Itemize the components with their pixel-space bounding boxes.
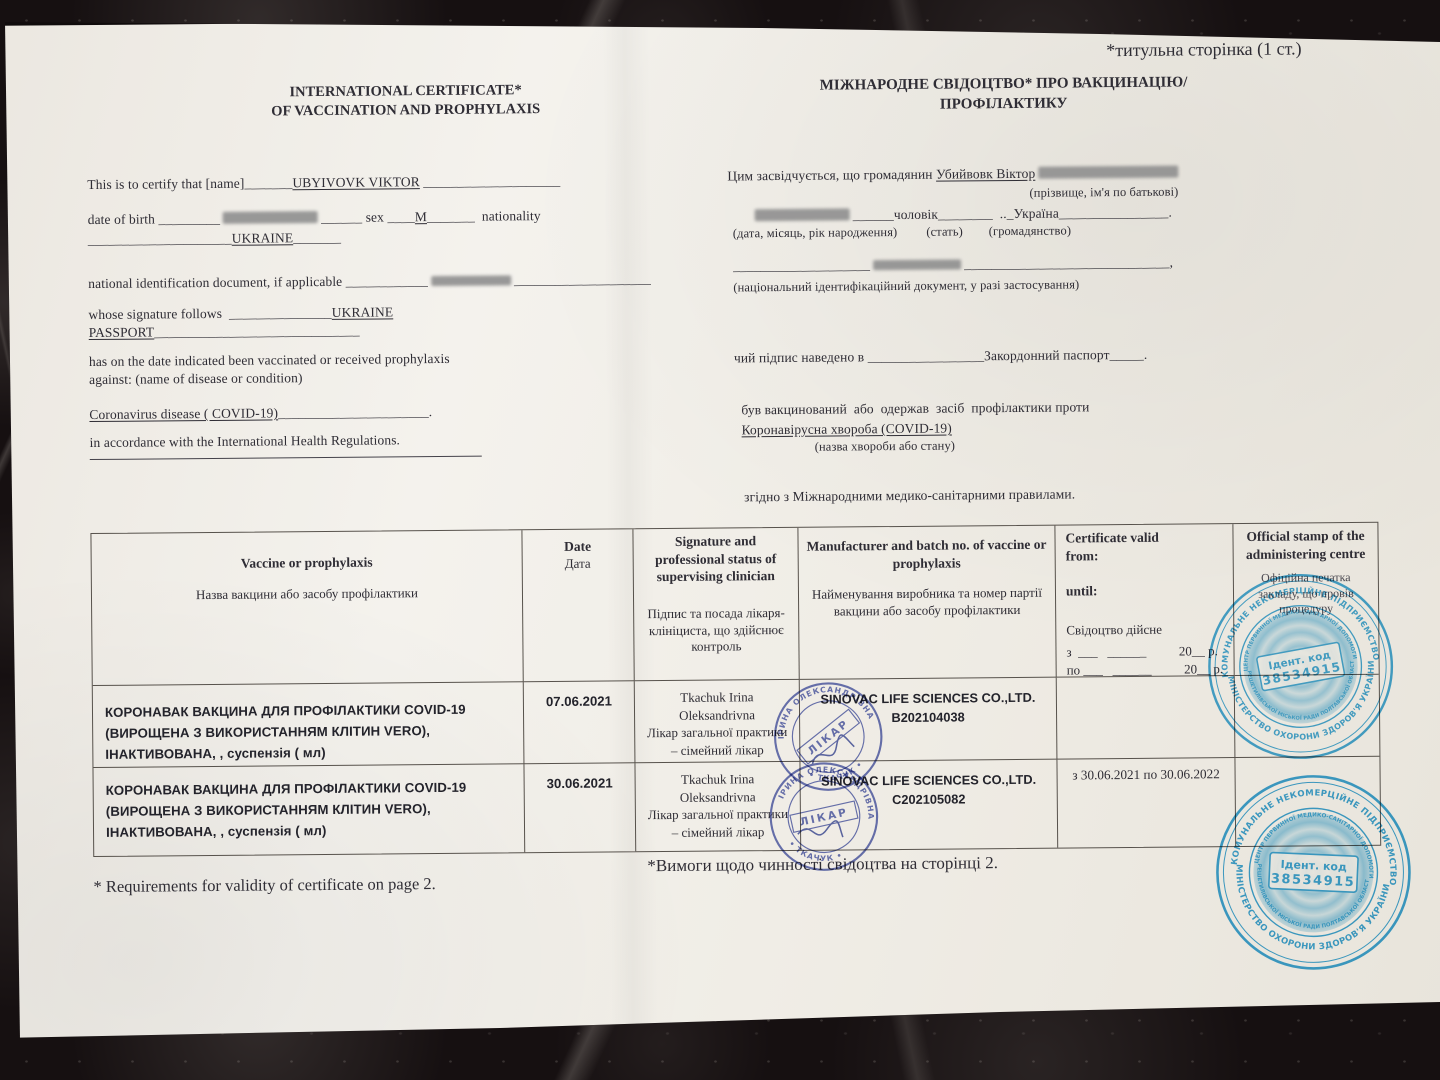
header-signature-uk: Підпис та посада лікаря-клініциста, що з… xyxy=(640,605,792,657)
header-stamp-uk-obscured: Офіційна печатка закладу, що провів проц… xyxy=(1240,570,1372,618)
nationality-leading-line: _____________________ xyxy=(88,231,232,247)
passport-trailing-line: ______________________________ xyxy=(154,323,360,340)
vaccinated-statement-en-2: against: (name of disease or condition) xyxy=(89,370,303,388)
page-title-note: *титульна сторінка (1 ст.) xyxy=(1106,38,1302,61)
nationality-trailing-line: _______ xyxy=(293,230,341,245)
certify-name-line-uk: Цим засвідчується, що громадянин Убийвов… xyxy=(727,165,1181,185)
signature-label-uk: чий підпис наведено в _________________ xyxy=(734,348,984,365)
row1-manufacturer: SINOVAC LIFE SCIENCES CO.,LTD. B20210403… xyxy=(800,678,1058,762)
sex-label: ______ sex ____ xyxy=(321,209,415,225)
row1-clinician-role2: – сімейний лікар xyxy=(641,741,793,760)
name-redaction-box-uk xyxy=(1038,166,1178,179)
passport-value: PASSPORT xyxy=(89,324,155,340)
dob-sex-caption-uk: (дата, місяць, рік народження) (стать) (… xyxy=(733,223,1071,241)
national-id-label: national identification document, if app… xyxy=(88,273,428,291)
national-id-leading-line-uk: ____________________ xyxy=(733,257,870,273)
dob-redaction-box xyxy=(223,211,318,224)
title-english: INTERNATIONAL CERTIFICATE* OF VACCINATIO… xyxy=(271,81,541,121)
row2-date: 30.06.2021 xyxy=(524,763,636,852)
sex-citizenship-values-uk: ______чоловік________ .._Україна________… xyxy=(853,205,1172,223)
footnote-ukrainian: *Вимоги щодо чинності свідоцтва на сторі… xyxy=(647,853,998,876)
header-valid-en3: until: xyxy=(1066,581,1227,600)
regulations-line-uk: згідно з Міжнародними медико-санітарними… xyxy=(744,486,1075,505)
nationality-label: _______ nationality xyxy=(427,208,541,224)
row1-stamp-cell xyxy=(1235,675,1380,758)
national-id-redaction-box-uk xyxy=(873,259,961,270)
regulations-line-en: in accordance with the International Hea… xyxy=(90,432,401,451)
name-caption-uk: (прізвище, ім'я по батькові) xyxy=(1029,185,1178,201)
header-valid-en1: Certificate valid xyxy=(1065,528,1226,547)
header-validity: Certificate valid from: until: Свідоцтво… xyxy=(1055,524,1234,678)
certify-trailing-line: ____________________ xyxy=(420,173,561,189)
title-english-line1: INTERNATIONAL CERTIFICATE* xyxy=(271,81,541,102)
row1-clinician: Tkachuk Irina Oleksandrivna Лікар загаль… xyxy=(635,680,801,763)
national-id-caption-uk: (національний ідентифікаційний документ,… xyxy=(733,277,1079,295)
holder-name-uk: Убийвовк Віктор xyxy=(936,166,1035,182)
header-valid-uk: Свідоцтво дійсне xyxy=(1066,621,1227,638)
vaccinated-statement-uk: був вакцинований або одержав засіб профі… xyxy=(741,399,1089,418)
dob-redaction-box-uk xyxy=(755,208,850,221)
certify-name-line-en: This is to certify that [name]_______UBY… xyxy=(87,173,560,193)
title-ukrainian: МІЖНАРОДНЕ СВІДОЦТВО* ПРО ВАКЦИНАЦІЮ/ПРО… xyxy=(768,73,1238,116)
disease-line-en: Coronavirus disease ( COVID-19)_________… xyxy=(89,404,432,423)
sex-value: M xyxy=(415,209,427,224)
header-date-en: Date xyxy=(528,537,626,555)
national-id-redaction-box xyxy=(431,275,511,286)
footnote-english: * Requirements for validity of certifica… xyxy=(93,874,435,897)
header-valid-from-blank: з ___ ______ 20__ р. xyxy=(1066,643,1227,660)
row1-clinician-role1: Лікар загальної практики xyxy=(641,723,793,742)
header-stamp-en: Official stamp of the administering cent… xyxy=(1239,527,1371,563)
row2-clinician-name1: Tkachuk Irina xyxy=(642,770,794,789)
header-manufacturer-en: Manufacturer and batch no. of vaccine or… xyxy=(804,536,1048,573)
disease-caption-uk: (назва хвороби або стану) xyxy=(815,438,955,454)
holder-name-en: UBYIVOVK VIKTOR xyxy=(292,174,420,190)
header-official-stamp: Official stamp of the administering cent… xyxy=(1233,523,1378,676)
certify-prefix-uk: Цим засвідчується, що громадянин xyxy=(727,167,936,184)
row1-validity xyxy=(1057,676,1236,760)
header-vaccine-en: Vaccine or prophylaxis xyxy=(98,552,516,573)
dob-sex-line-uk: ______чоловік________ .._Україна________… xyxy=(752,205,1172,225)
stamp2-ring-outer-bottom: МІНІСТЕРСТВО ОХОРОНИ ЗДОРОВ'Я УКРАЇНИ xyxy=(1224,863,1393,962)
header-manufacturer-uk: Найменування виробника та номер партії в… xyxy=(805,585,1049,621)
disease-name-en: Coronavirus disease ( COVID-19) xyxy=(89,405,278,422)
signature-country-value: UKRAINE xyxy=(332,304,394,320)
stamp2-ident-label: Ідент. код xyxy=(1280,858,1347,874)
national-id-trailing-line-uk: ______________________________, xyxy=(964,255,1173,272)
disease-name-uk: Коронавірусна хвороба (COVID-19) xyxy=(741,421,951,438)
vaccination-table: Vaccine or prophylaxis Назва вакцини або… xyxy=(90,522,1381,857)
header-manufacturer: Manufacturer and batch no. of vaccine or… xyxy=(798,526,1056,680)
header-signature: Signature and professional status of sup… xyxy=(633,528,799,681)
disease-trailing-line: ______________________. xyxy=(278,404,432,420)
row2-vaccine-name: КОРОНАВАК ВАКЦИНА ДЛЯ ПРОФІЛАКТИКИ COVID… xyxy=(93,764,525,856)
row2-batch-number: C202105082 xyxy=(807,789,1051,810)
row2-stamp-cell xyxy=(1235,757,1380,846)
row1-date: 07.06.2021 xyxy=(524,681,636,764)
row1-vaccine-name: КОРОНАВАК ВАКЦИНА ДЛЯ ПРОФІЛАКТИКИ COVID… xyxy=(93,682,525,768)
dob-sex-line-en: date of birth _______________ sex ____M_… xyxy=(88,208,541,228)
row2-manufacturer-name: SINOVAC LIFE SCIENCES CO.,LTD. xyxy=(807,770,1051,791)
row2-manufacturer: SINOVAC LIFE SCIENCES CO.,LTD. C20210508… xyxy=(800,760,1058,850)
stamp2-ring-inner-bottom: РЕШЕТИЛІВСЬКОЇ МІСЬКОЇ РАДИ ПОЛТАВСЬКОЇ … xyxy=(1248,861,1371,938)
photo-of-vaccination-certificate: *титульна сторінка (1 ст.) INTERNATIONAL… xyxy=(0,0,1440,1080)
row2-clinician-role2: – сімейний лікар xyxy=(642,823,794,842)
nationality-value: UKRAINE xyxy=(232,230,294,246)
row1-clinician-name1: Tkachuk Irina xyxy=(641,688,793,707)
header-signature-en: Signature and professional status of sup… xyxy=(639,532,791,586)
passport-trailing-line-uk: _____. xyxy=(1109,347,1147,362)
row1-clinician-name2: Oleksandrivna xyxy=(641,705,793,724)
row2-clinician: Tkachuk Irina Oleksandrivna Лікар загаль… xyxy=(635,762,801,851)
svg-text:МІНІСТЕРСТВО ОХОРОНИ ЗДОРОВ'Я: МІНІСТЕРСТВО ОХОРОНИ ЗДОРОВ'Я УКРАЇНИ xyxy=(1224,863,1393,962)
passport-line-en: PASSPORT______________________________ xyxy=(89,323,360,341)
stamp2-ident-code: 38534915 xyxy=(1271,872,1356,891)
passport-value-uk: Закордонний паспорт xyxy=(984,347,1110,363)
title-english-line2: OF VACCINATION AND PROPHYLAXIS xyxy=(271,100,541,121)
signature-line-uk: чий підпис наведено в _________________З… xyxy=(734,347,1147,367)
row2-validity: з 30.06.2021 по 30.06.2022 xyxy=(1057,758,1236,848)
header-valid-en2: from: xyxy=(1066,546,1227,565)
disease-line-uk: Коронавірусна хвороба (COVID-19) xyxy=(741,421,951,439)
national-id-line-uk: ________________________________________… xyxy=(733,255,1173,275)
signature-follows-line-en: whose signature follows _______________U… xyxy=(88,304,393,323)
nationality-line-en: _____________________UKRAINE_______ xyxy=(88,230,341,248)
dob-label: date of birth _________ xyxy=(88,211,221,227)
row2-clinician-role1: Лікар загальної практики xyxy=(642,805,794,824)
certify-prefix: This is to certify that [name]_______ xyxy=(87,175,292,192)
signature-follows-label: whose signature follows _______________ xyxy=(88,305,331,322)
header-vaccine-uk: Назва вакцини або засобу профілактики xyxy=(98,584,516,605)
row2-clinician-name2: Oleksandrivna xyxy=(642,787,794,806)
national-id-line-en: national identification document, if app… xyxy=(88,271,651,292)
svg-text:РЕШЕТИЛІВСЬКОЇ МІСЬКОЇ РАДИ ПО: РЕШЕТИЛІВСЬКОЇ МІСЬКОЇ РАДИ ПОЛТАВСЬКОЇ … xyxy=(1248,861,1371,938)
header-date: Date Дата xyxy=(522,529,634,682)
certificate-paper-sheet: *титульна сторінка (1 ст.) INTERNATIONAL… xyxy=(0,13,1440,1044)
national-id-trailing-line: ____________________ xyxy=(514,271,651,287)
row1-manufacturer-name: SINOVAC LIFE SCIENCES CO.,LTD. xyxy=(806,688,1050,709)
header-vaccine: Vaccine or prophylaxis Назва вакцини або… xyxy=(91,530,523,686)
vaccinated-statement-en-1: has on the date indicated been vaccinate… xyxy=(89,351,450,370)
regulations-underline xyxy=(90,456,482,460)
row1-batch-number: B202104038 xyxy=(806,707,1050,728)
header-date-uk: Дата xyxy=(529,555,627,573)
